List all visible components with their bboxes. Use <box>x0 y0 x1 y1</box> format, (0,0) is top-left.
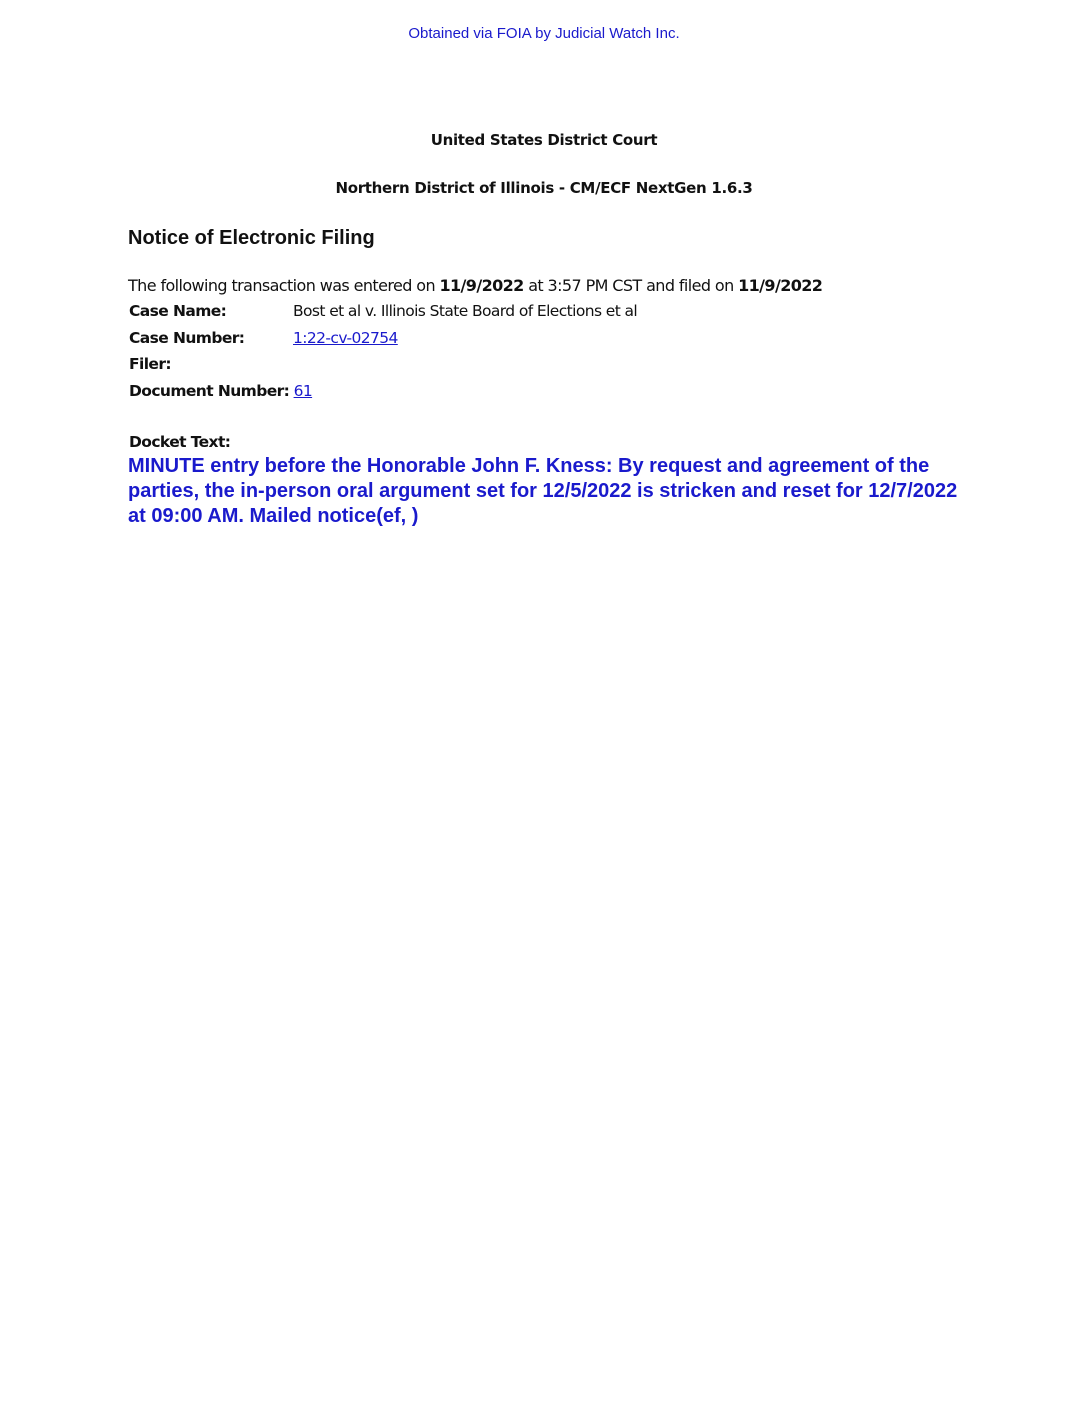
docket-text-label: Docket Text: <box>129 433 230 451</box>
document-number-label: Document Number: <box>129 380 289 402</box>
case-name-value: Bost et al v. Illinois State Board of El… <box>293 300 637 322</box>
docket-text: MINUTE entry before the Honorable John F… <box>128 454 968 529</box>
notice-title: Notice of Electronic Filing <box>128 227 375 250</box>
foia-watermark: Obtained via FOIA by Judicial Watch Inc. <box>0 25 1088 42</box>
case-name-row: Case Name:Bost et al v. Illinois State B… <box>129 300 637 327</box>
filer-row: Filer: <box>129 353 637 380</box>
entered-date: 11/9/2022 <box>439 276 523 295</box>
district-name: Northern District of Illinois - CM/ECF N… <box>0 179 1088 197</box>
case-number-row: Case Number:1:22-cv-02754 <box>129 327 637 354</box>
document-number-row: Document Number: 61 <box>129 380 637 407</box>
transaction-line: The following transaction was entered on… <box>128 276 822 295</box>
case-fields: Case Name:Bost et al v. Illinois State B… <box>129 300 637 406</box>
case-number-link[interactable]: 1:22-cv-02754 <box>293 327 398 349</box>
case-number-label: Case Number: <box>129 327 293 349</box>
transaction-middle: at 3:57 PM CST and filed on <box>524 276 738 295</box>
court-name: United States District Court <box>0 131 1088 149</box>
filed-date: 11/9/2022 <box>738 276 822 295</box>
document-number-link[interactable]: 61 <box>294 380 313 402</box>
filer-label: Filer: <box>129 353 171 375</box>
case-name-label: Case Name: <box>129 300 293 322</box>
transaction-prefix: The following transaction was entered on <box>128 276 439 295</box>
